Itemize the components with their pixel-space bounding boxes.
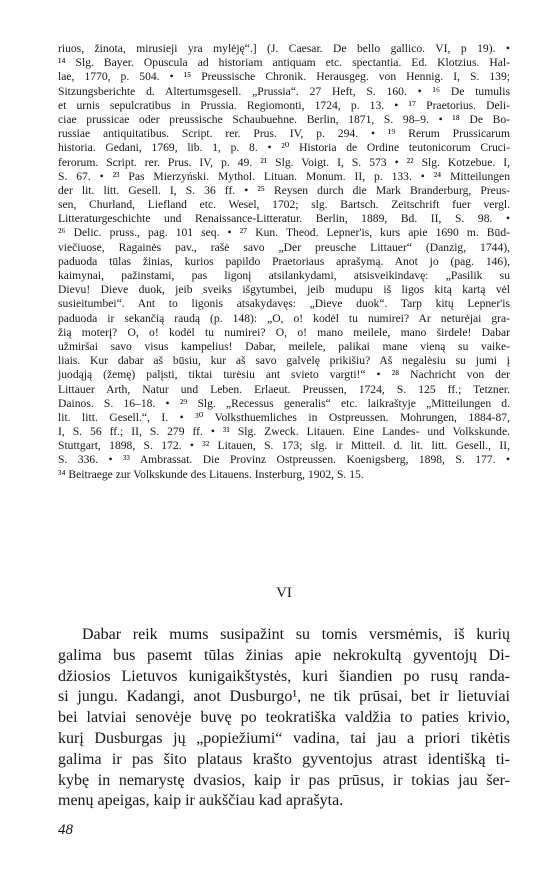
- footnote-line: juodąją (žemę) palįsti, tiktai turėsiu a…: [58, 368, 510, 382]
- footnote-line: sen, Churland, Liefland etc. Wesel, 1702…: [58, 198, 510, 212]
- footnote-line: der lit. litt. Gesell. I, S. 36 ff. • ²⁵…: [58, 184, 510, 198]
- footnote-line: lae, 1770, p. 504. • ¹⁵ Preussische Chro…: [58, 70, 510, 84]
- body-line: galima ir pas šito plataus krašto gyvent…: [58, 750, 510, 771]
- footnote-line: I, S. 56 ff.; II, S. 279 ff. • ³¹ Slg. Z…: [58, 425, 510, 439]
- footnote-line: viečiuose, Ragainės pav., rašė savo „Der…: [58, 241, 510, 255]
- body-line: džiosios Lietuvos kunigaikštystės, kuri …: [58, 667, 510, 688]
- body-paragraph: Dabar reik mums susipažint su tomis vers…: [58, 625, 510, 812]
- footnotes-block: riuos, žinota, mirusieji yra mylėję“.] (…: [58, 42, 510, 482]
- footnote-line: ciae prussicae oder preussische Schaubue…: [58, 113, 510, 127]
- footnote-line: ²⁶ Delic. pruss., pag. 101 seq. • ²⁷ Kun…: [58, 226, 510, 240]
- body-line: si jungu. Kadangi, anot Dusburgo¹, ne ti…: [58, 687, 510, 708]
- footnote-line: ¹⁴ Slg. Bayer. Opuscula ad historiam ant…: [58, 56, 510, 70]
- footnote-line: ³⁴ Beitraege zur Volkskunde des Litauens…: [58, 468, 510, 482]
- footnote-line: historia. Gedani, 1769, lib. 1, p. 8. • …: [58, 141, 510, 155]
- footnote-line: Stuttgart, 1898, S. 172. • ³² Litauen, S…: [58, 439, 510, 453]
- footnote-line: S. 67. • ²³ Pas Mierzyński. Mythol. Litu…: [58, 170, 510, 184]
- body-line: Dabar reik mums susipažint su tomis vers…: [58, 625, 510, 646]
- footnote-line: Litteraturgeschichte und Renaissance-Lit…: [58, 212, 510, 226]
- footnote-line: ferorum. Script. rer. Prus. IV, p. 49. ²…: [58, 156, 510, 170]
- footnote-line: riuos, žinota, mirusieji yra mylėję“.] (…: [58, 42, 510, 56]
- footnote-line: užmiršai savo visus kampelius! Dabar, me…: [58, 340, 510, 354]
- footnote-line: susieitumbei“. Ant to ligonis atsakydavę…: [58, 297, 510, 311]
- footnote-line: kaimynai, pažinstami, pas ligonį atsilan…: [58, 269, 510, 283]
- footnote-line: Dievu! Dieve duok, jeib sveiks išgytumbe…: [58, 283, 510, 297]
- footnote-line: et urnis sepulcratibus in Prussia. Regio…: [58, 99, 510, 113]
- page-number: 48: [58, 822, 73, 839]
- body-line: galima bus pasemt tūlas žinias apie nekr…: [58, 646, 510, 667]
- book-page: riuos, žinota, mirusieji yra mylėję“.] (…: [0, 0, 560, 881]
- footnote-line: Dainos. S. 16–18. • ²⁹ Slg. „Recessus ge…: [58, 397, 510, 411]
- footnote-line: Sitzungsberichte d. Altertumsgesell. „Pr…: [58, 85, 510, 99]
- footnote-line: S. 336. • ³³ Ambrassat. Die Provinz Ostp…: [58, 453, 510, 467]
- body-line: kurį Dusburgas jų „popiežiumi“ vadina, t…: [58, 729, 510, 750]
- footnote-line: russiae antiquitatibus. Script. rer. Pru…: [58, 127, 510, 141]
- footnote-line: paduoda tūlas žinias, kurios papildo Pra…: [58, 255, 510, 269]
- footnote-line: Littauer Arth, Natur und Leben. Erlaeut.…: [58, 383, 510, 397]
- body-line: bei latviai senovėje buvę po teokratiška…: [58, 708, 510, 729]
- footnote-line: lit. litt. Gesell.“, I. • ³⁰ Volksthueml…: [58, 411, 510, 425]
- footnote-line: žią moterį? O, o! kodėl tu numirei? O, o…: [58, 326, 510, 340]
- body-line: kybę in nemarystę dvasios, kaip ir pas p…: [58, 771, 510, 792]
- chapter-heading: VI: [58, 583, 510, 603]
- footnote-line: liais. Kur dabar aš būsiu, kur aš savo g…: [58, 354, 510, 368]
- body-line: menų apeigas, kaip ir aukščiau kad apraš…: [58, 791, 510, 812]
- footnote-line: paduoda ir sekančią raudą (p. 148): „O, …: [58, 312, 510, 326]
